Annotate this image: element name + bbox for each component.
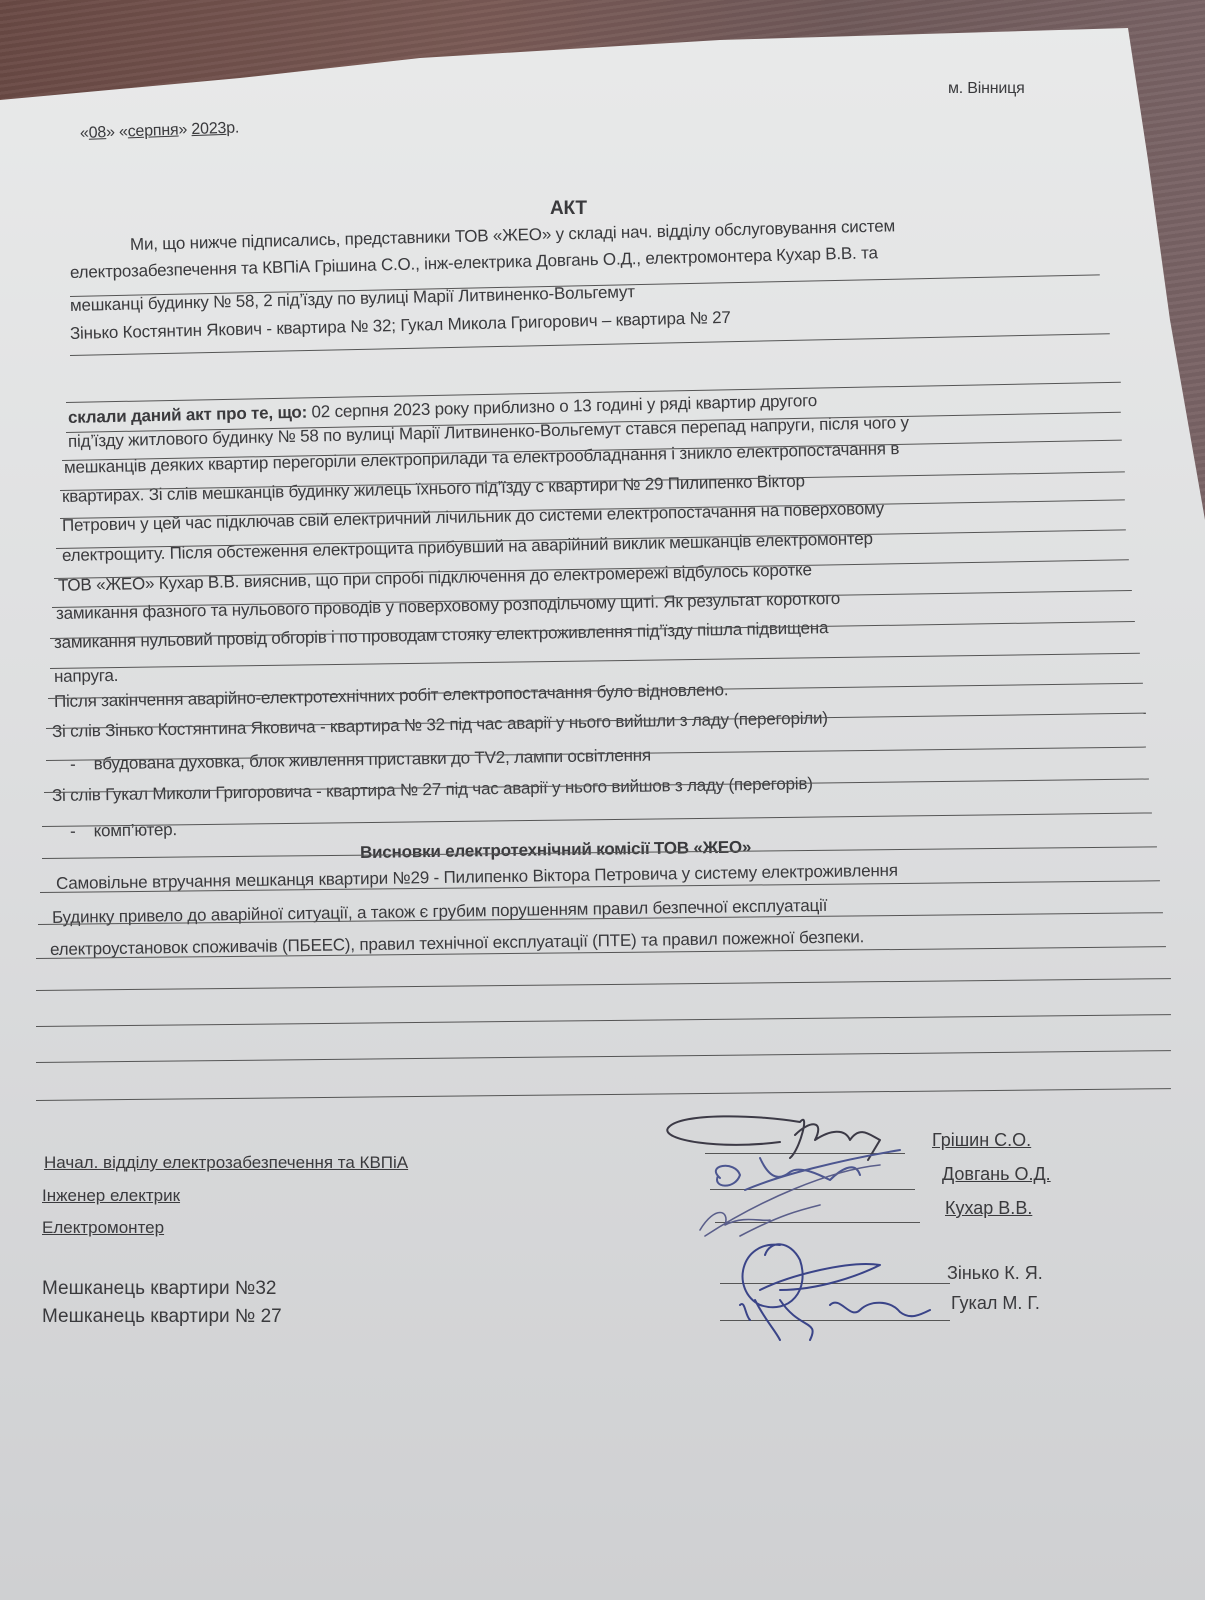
handwritten-signatures — [0, 0, 1205, 1600]
signature-kukhar — [700, 1165, 880, 1236]
signature-grishin — [667, 1116, 880, 1160]
signature-zinko-gukal — [740, 1244, 930, 1340]
act-document: м. Вінниця «08» «серпня» 2023р. АКТ Ми, … — [0, 0, 1205, 1600]
